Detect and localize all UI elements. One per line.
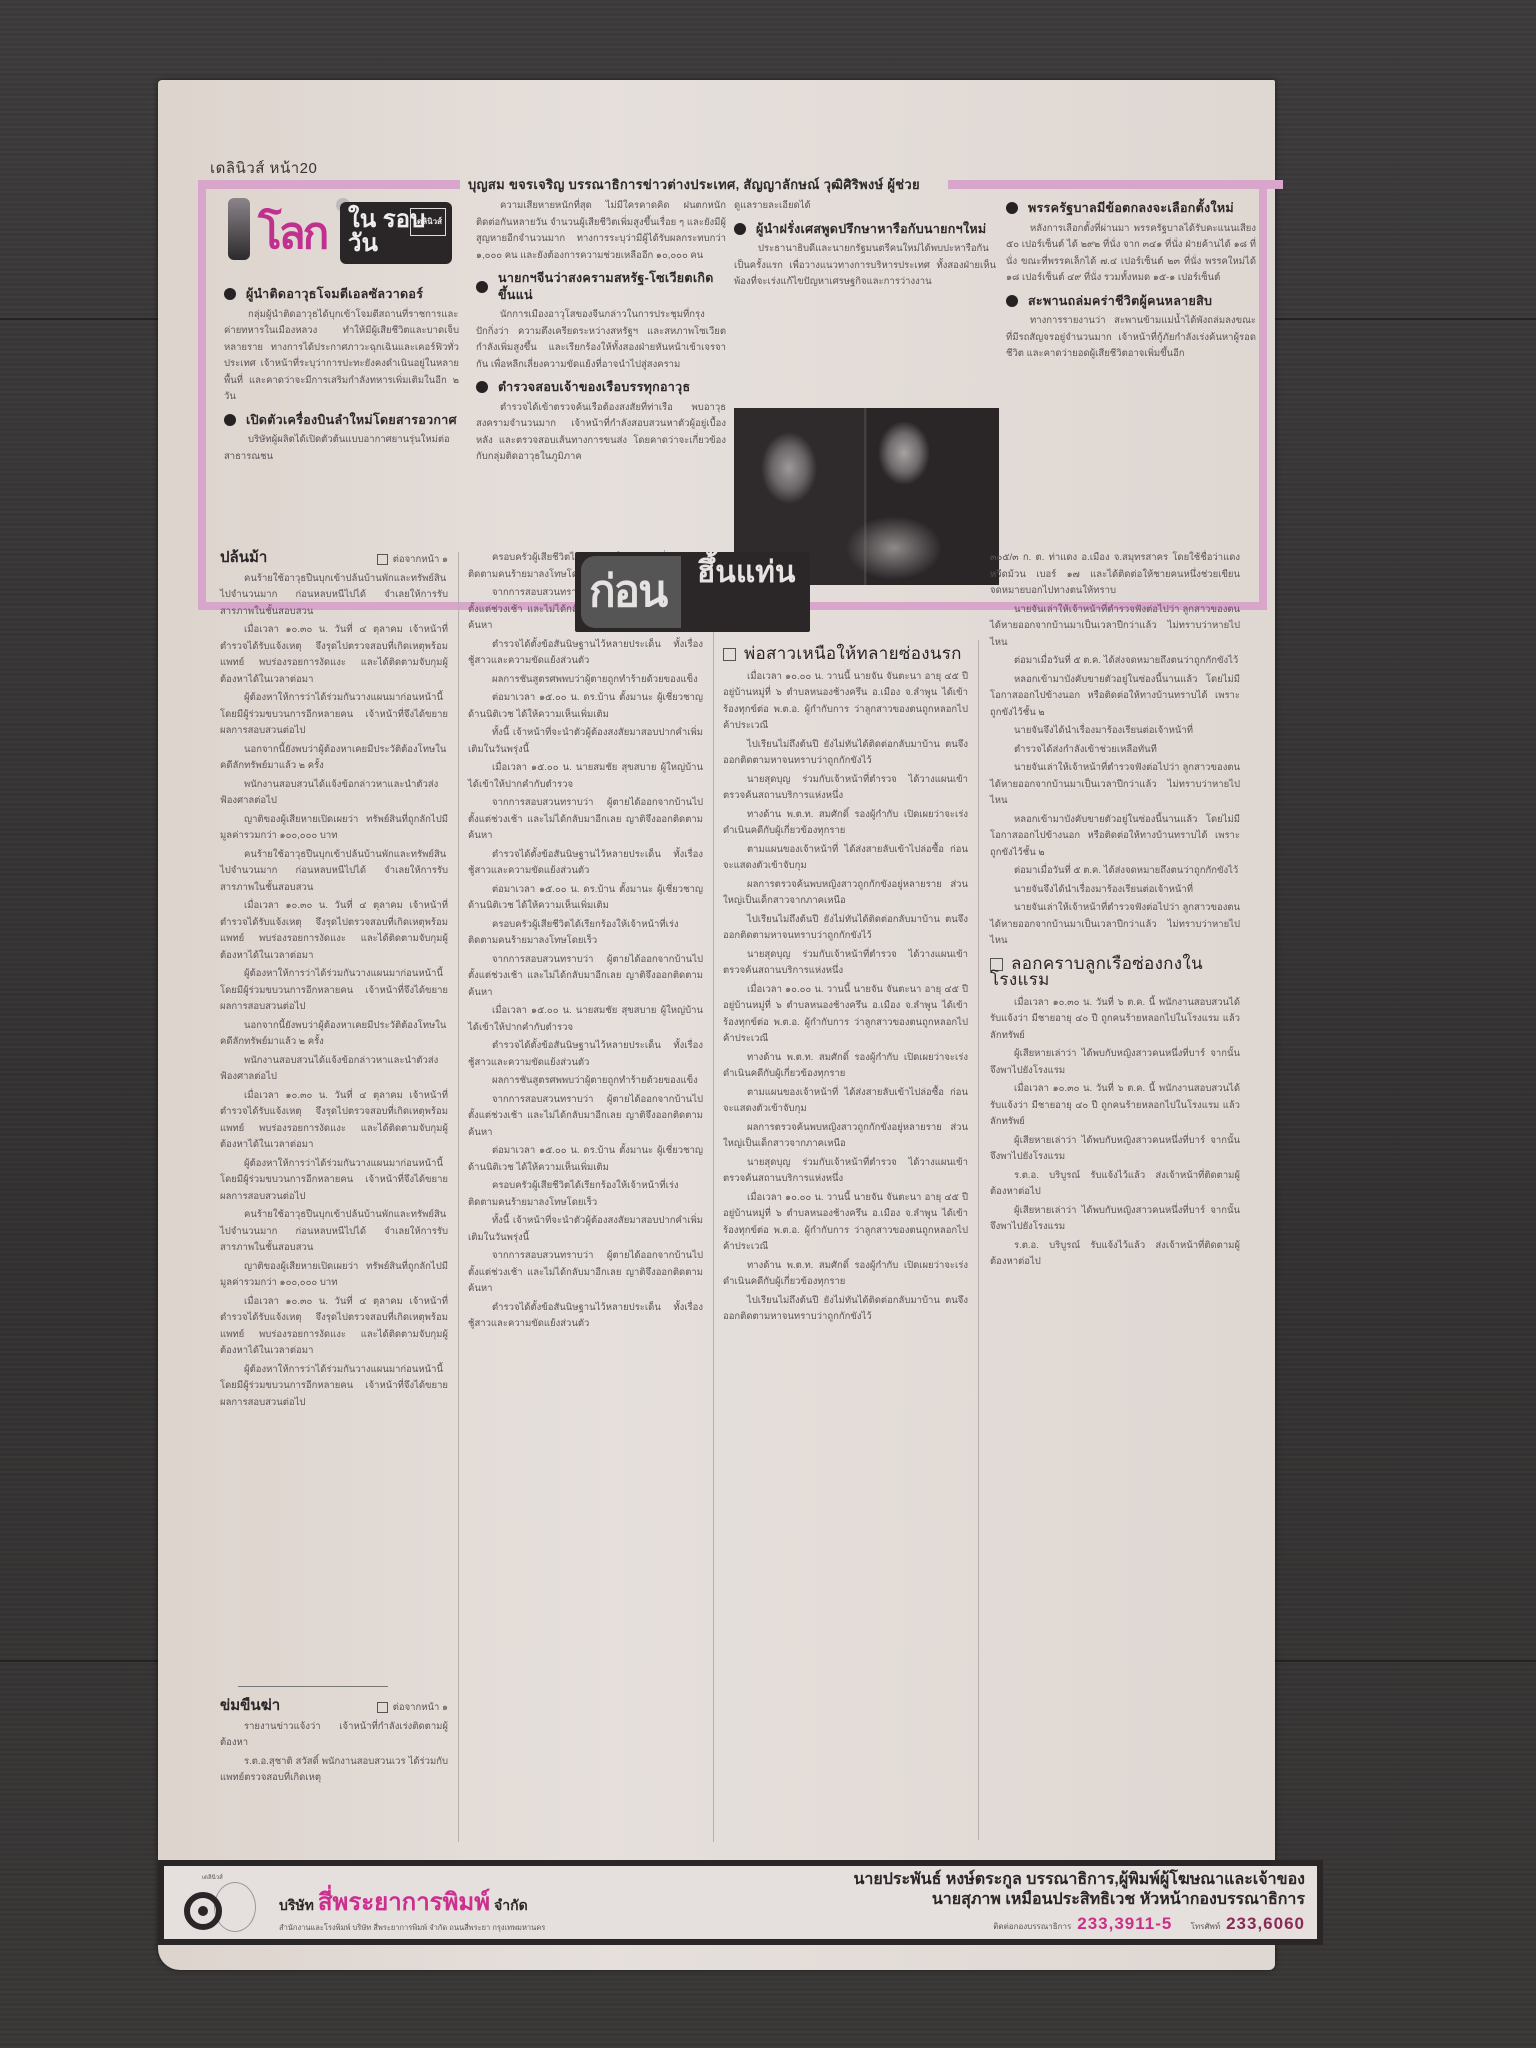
- article-body: ประธานาธิบดีและนายกรัฐมนตรีคนใหม่ได้พบปะ…: [734, 241, 996, 291]
- article-body: ไปเรียนไม่ถึงต้นปี ยังไม่ทันได้ติดต่อกลั…: [723, 912, 968, 945]
- article-body: ผลการชันสูตรศพพบว่าผู้ตายถูกทำร้ายด้วยขอ…: [468, 1073, 703, 1090]
- publisher-name: บริษัทสี่พระยาการพิมพ์จำกัด: [279, 1882, 528, 1921]
- article-body: เมื่อเวลา ๑๕.๐๐ น. นายสมชัย สุขสบาย ผู้ใ…: [468, 760, 703, 793]
- phone-number: 233,3911-5: [1077, 1914, 1172, 1933]
- article-body: ตามแผนของเจ้าหน้าที่ ได้ส่งสายลับเข้าไปล…: [723, 842, 968, 875]
- article-body: ตำรวจได้ตั้งข้อสันนิษฐานไว้หลายประเด็น ท…: [468, 847, 703, 880]
- article-body: ตำรวจได้ตั้งข้อสันนิษฐานไว้หลายประเด็น ท…: [468, 637, 703, 670]
- box-icon: [723, 648, 736, 661]
- article-body: นายสุดบุญ ร่วมกับเจ้าหน้าที่ตำรวจ ได้วาง…: [723, 947, 968, 980]
- box-icon: [990, 958, 1003, 971]
- article-body: ผู้ต้องหาให้การว่าได้ร่วมกันวางแผนมาก่อน…: [220, 690, 448, 740]
- world-col-1: ผู้นำติดอาวุธโจมตีเอลซัลวาดอร์ กลุ่มผู้น…: [224, 280, 459, 467]
- editor-credits: นายประพันธ์ หงษ์ตระกูล บรรณาธิการ,ผู้พิม…: [853, 1870, 1305, 1910]
- crime-col-1b: ข่มขืนฆ่า ต่อจากหน้า ๑ รายงานข่าวแจ้งว่า…: [220, 1698, 448, 1789]
- article-body: ดูแลรายละเอียดได้: [734, 198, 996, 215]
- article-body: ตำรวจได้ส่งกำลังเข้าช่วยเหลือทันที: [990, 742, 1240, 759]
- article-body: ต่อมาเวลา ๑๕.๐๐ น. ดร.บ้าน ตั้งมานะ ผู้เ…: [468, 690, 703, 723]
- article-body: เมื่อเวลา ๑๐.๓๐ น. วันที่ ๔ ตุลาคม เจ้าห…: [220, 1294, 448, 1360]
- article-separator: [238, 1686, 388, 1687]
- article-body: ตำรวจได้ตั้งข้อสันนิษฐานไว้หลายประเด็น ท…: [468, 1300, 703, 1333]
- bullet-icon: [734, 223, 746, 235]
- article-body: ผู้ต้องหาให้การว่าได้ร่วมกันวางแผนมาก่อน…: [220, 1156, 448, 1206]
- article-body: เมื่อเวลา ๑๐.๓๐ น. วันที่ ๔ ตุลาคม เจ้าห…: [220, 898, 448, 964]
- eye-icon: [184, 1892, 222, 1930]
- article-body: ทางด้าน พ.ต.ท. สมศักดิ์ รองผู้กำกับ เปิด…: [723, 1050, 968, 1083]
- world-news-logo: โลก ใน รอบวัน เดลินิวส์: [228, 198, 460, 270]
- column-rule: [978, 640, 979, 1840]
- article-body: จากการสอบสวนทราบว่า ผู้ตายได้ออกจากบ้านไ…: [468, 1248, 703, 1298]
- article-body: พนักงานสอบสวนได้แจ้งข้อกล่าวหาและนำตัวส่…: [220, 1053, 448, 1086]
- article-body: หลังการเลือกตั้งที่ผ่านมา พรรครัฐบาลได้ร…: [1006, 221, 1256, 287]
- article-body: ญาติของผู้เสียหายเปิดเผยว่า ทรัพย์สินที่…: [220, 1259, 448, 1292]
- column-logo: ก่อน ฮึ้นแท่น: [575, 552, 810, 632]
- article-body: ต่อมาเวลา ๑๕.๐๐ น. ดร.บ้าน ตั้งมานะ ผู้เ…: [468, 882, 703, 915]
- article-body: รายงานข่าวแจ้งว่า เจ้าหน้าที่กำลังเร่งติ…: [220, 1719, 448, 1752]
- article-body: จากการสอบสวนทราบว่า ผู้ตายได้ออกจากบ้านไ…: [468, 795, 703, 845]
- article-headline: นายกฯจีนว่าสงครามสหรัฐ-โซเวียตเกิดขึ้นแน…: [476, 270, 726, 303]
- page-label: เดลินิวส์ หน้า20: [210, 156, 317, 180]
- logo-bar-icon: [228, 198, 250, 260]
- article-headline: เปิดตัวเครื่องบินลำใหม่โดยสารอวกาศ: [224, 412, 459, 429]
- article-body: กลุ่มผู้นำติดอาวุธได้บุกเข้าโจมตีสถานที่…: [224, 307, 459, 406]
- crime-col-2: ครอบครัวผู้เสียชีวิตได้เรียกร้องให้เจ้าห…: [468, 550, 703, 1335]
- article-body: นายจันเล่าให้เจ้าหน้าที่ตำรวจฟังต่อไปว่า…: [990, 760, 1240, 810]
- article-headline: สะพานถล่มคร่าชีวิตผู้คนหลายสิบ: [1006, 293, 1256, 310]
- article-body: เมื่อเวลา ๑๐.๐๐ น. วานนี้ นายจัน จันตะนา…: [723, 1190, 968, 1256]
- article-body: นายจันเล่าให้เจ้าหน้าที่ตำรวจฟังต่อไปว่า…: [990, 602, 1240, 652]
- bullet-icon: [1006, 295, 1018, 307]
- article-body: ผลการชันสูตรศพพบว่าผู้ตายถูกทำร้ายด้วยขอ…: [468, 672, 703, 689]
- article-body: ทั้งนี้ เจ้าหน้าที่จะนำตัวผู้ต้องสงสัยมา…: [468, 725, 703, 758]
- article-body: ไปเรียนไม่ถึงต้นปี ยังไม่ทันได้ติดต่อกลั…: [723, 737, 968, 770]
- fax-number: 233,6060: [1226, 1914, 1305, 1933]
- crime-col-4: ๓๐๕/๓ ก. ต. ท่าแดง อ.เมือง จ.สมุทรสาคร โ…: [990, 550, 1240, 1273]
- article-body: ผู้เสียหายเล่าว่า ได้พบกับหญิงสาวคนหนึ่ง…: [990, 1203, 1240, 1236]
- box-icon: [377, 1702, 388, 1713]
- article-body: นายสุดบุญ ร่วมกับเจ้าหน้าที่ตำรวจ ได้วาง…: [723, 1155, 968, 1188]
- logo-caption: เดลินิวส์: [202, 1872, 223, 1882]
- article-headline: พ่อสาวเหนือให้ทลายซ่องนรก: [723, 646, 968, 663]
- article-body: เมื่อเวลา ๑๐.๐๐ น. วานนี้ นายจัน จันตะนา…: [723, 982, 968, 1048]
- crime-col-3: พ่อสาวเหนือให้ทลายซ่องนรก เมื่อเวลา ๑๐.๐…: [723, 640, 968, 1328]
- continued-note: ต่อจากหน้า ๑: [377, 552, 448, 569]
- article-body: ต่อมาเมื่อวันที่ ๕ ต.ค. ได้ส่งจดหมายถึงต…: [990, 863, 1240, 880]
- article-body: เมื่อเวลา ๑๐.๓๐ น. วันที่ ๔ ตุลาคม เจ้าห…: [220, 622, 448, 688]
- article-title: ปล้นม้า: [220, 550, 267, 567]
- column-logo-right: ฮึ้นแท่น: [697, 558, 795, 588]
- article-body: ทางด้าน พ.ต.ท. สมศักดิ์ รองผู้กำกับ เปิด…: [723, 807, 968, 840]
- article-body: บริษัทผู้ผลิตได้เปิดตัวต้นแบบอากาศยานรุ่…: [224, 432, 459, 465]
- article-body: ผู้เสียหายเล่าว่า ได้พบกับหญิงสาวคนหนึ่ง…: [990, 1046, 1240, 1079]
- article-body: ญาติของผู้เสียหายเปิดเผยว่า ทรัพย์สินที่…: [220, 812, 448, 845]
- article-body: ร.ต.อ. บริบูรณ์ รับแจ้งไว้แล้ว ส่งเจ้าหน…: [990, 1168, 1240, 1201]
- article-body: คนร้ายใช้อาวุธปืนบุกเข้าปล้นบ้านพักและทร…: [220, 847, 448, 897]
- article-body: พนักงานสอบสวนได้แจ้งข้อกล่าวหาและนำตัวส่…: [220, 777, 448, 810]
- article-body: หลอกเข้ามาบังคับขายตัวอยู่ในซ่องนี้นานแล…: [990, 672, 1240, 722]
- article-body: นอกจากนี้ยังพบว่าผู้ต้องหาเคยมีประวัติต้…: [220, 742, 448, 775]
- bullet-icon: [1006, 202, 1018, 214]
- article-body: ตำรวจได้ตั้งข้อสันนิษฐานไว้หลายประเด็น ท…: [468, 1038, 703, 1071]
- world-col-4: พรรครัฐบาลมีข้อตกลงจะเลือกตั้งใหม่ หลังก…: [1006, 194, 1256, 365]
- article-body: นักการเมืองอาวุโสของจีนกล่าวในการประชุมท…: [476, 307, 726, 373]
- article-headline: ผู้นำฝรั่งเศสพูดปรึกษาหารือกับนายกฯใหม่: [734, 221, 996, 238]
- article-body: ตำรวจได้เข้าตรวจค้นเรือต้องสงสัยที่ท่าเร…: [476, 400, 726, 466]
- bullet-icon: [224, 288, 236, 300]
- article-body: ทั้งนี้ เจ้าหน้าที่จะนำตัวผู้ต้องสงสัยมา…: [468, 1213, 703, 1246]
- imprint-box: เดลินิวส์ บริษัทสี่พระยาการพิมพ์จำกัด สำ…: [158, 1860, 1323, 1945]
- article-headline: พรรครัฐบาลมีข้อตกลงจะเลือกตั้งใหม่: [1006, 200, 1256, 217]
- article-body: คนร้ายใช้อาวุธปืนบุกเข้าปล้นบ้านพักและทร…: [220, 571, 448, 621]
- article-body: ร.ต.อ. บริบูรณ์ รับแจ้งไว้แล้ว ส่งเจ้าหน…: [990, 1238, 1240, 1271]
- article-body: เมื่อเวลา ๑๐.๓๐ น. วันที่ ๔ ตุลาคม เจ้าห…: [220, 1088, 448, 1154]
- article-body: ทางการรายงานว่า สะพานข้ามแม่น้ำได้พังถล่…: [1006, 313, 1256, 363]
- publisher-logo: เดลินิวส์: [184, 1872, 254, 1936]
- logo-tag: เดลินิวส์: [410, 208, 446, 236]
- article-body: ทางด้าน พ.ต.ท. สมศักดิ์ รองผู้กำกับ เปิด…: [723, 1258, 968, 1291]
- article-heading-row: ข่มขืนฆ่า ต่อจากหน้า ๑: [220, 1698, 448, 1717]
- byline: บุญสม ขจรเจริญ บรรณาธิการข่าวต่างประเทศ,…: [468, 174, 920, 195]
- contact-phones: ติดต่อกองบรรณาธิการ233,3911-5 โทรศัพท์23…: [993, 1914, 1305, 1934]
- article-body: หลอกเข้ามาบังคับขายตัวอยู่ในซ่องนี้นานแล…: [990, 812, 1240, 862]
- article-title: ข่มขืนฆ่า: [220, 1698, 280, 1715]
- article-body: จากการสอบสวนทราบว่า ผู้ตายได้ออกจากบ้านไ…: [468, 952, 703, 1002]
- article-body: ผู้ต้องหาให้การว่าได้ร่วมกันวางแผนมาก่อน…: [220, 966, 448, 1016]
- article-body: ผู้เสียหายเล่าว่า ได้พบกับหญิงสาวคนหนึ่ง…: [990, 1133, 1240, 1166]
- article-headline: ลอกคราบลูกเรือซ่องกงในโรงแรม: [990, 956, 1240, 989]
- article-body: ต่อมาเมื่อวันที่ ๕ ต.ค. ได้ส่งจดหมายถึงต…: [990, 653, 1240, 670]
- article-body: นายจันจึงได้นำเรื่องมาร้องเรียนต่อเจ้าหน…: [990, 723, 1240, 740]
- article-headline: ตำรวจสอบเจ้าของเรือบรรทุกอาวุธ: [476, 379, 726, 396]
- article-body: เมื่อเวลา ๑๕.๐๐ น. นายสมชัย สุขสบาย ผู้ใ…: [468, 1003, 703, 1036]
- column-rule: [713, 552, 714, 1842]
- article-body: ตามแผนของเจ้าหน้าที่ ได้ส่งสายลับเข้าไปล…: [723, 1085, 968, 1118]
- article-body: คนร้ายใช้อาวุธปืนบุกเข้าปล้นบ้านพักและทร…: [220, 1207, 448, 1257]
- column-logo-left: ก่อน: [581, 556, 681, 628]
- article-body: ความเสียหายหนักที่สุด ไม่มีใครคาดคิด ฝนต…: [476, 198, 726, 264]
- article-body: นอกจากนี้ยังพบว่าผู้ต้องหาเคยมีประวัติต้…: [220, 1018, 448, 1051]
- article-body: ๓๐๕/๓ ก. ต. ท่าแดง อ.เมือง จ.สมุทรสาคร โ…: [990, 550, 1240, 600]
- article-body: ครอบครัวผู้เสียชีวิตได้เรียกร้องให้เจ้าห…: [468, 1178, 703, 1211]
- article-body: ผู้ต้องหาให้การว่าได้ร่วมกันวางแผนมาก่อน…: [220, 1362, 448, 1412]
- crime-col-1: ปล้นม้า ต่อจากหน้า ๑ คนร้ายใช้อาวุธปืนบุ…: [220, 550, 448, 1413]
- box-icon: [377, 554, 388, 565]
- article-body: จากการสอบสวนทราบว่า ผู้ตายได้ออกจากบ้านไ…: [468, 1092, 703, 1142]
- world-col-3: ดูแลรายละเอียดได้ ผู้นำฝรั่งเศสพูดปรึกษา…: [734, 198, 996, 293]
- bullet-icon: [476, 381, 488, 393]
- article-body: เมื่อเวลา ๑๐.๓๐ น. วันที่ ๖ ต.ค. นี้ พนั…: [990, 1081, 1240, 1131]
- article-body: นายสุดบุญ ร่วมกับเจ้าหน้าที่ตำรวจ ได้วาง…: [723, 772, 968, 805]
- world-news-section: โลก ใน รอบวัน เดลินิวส์ บุญสม ขจรเจริญ บ…: [198, 180, 1267, 610]
- article-body: ต่อมาเวลา ๑๕.๐๐ น. ดร.บ้าน ตั้งมานะ ผู้เ…: [468, 1143, 703, 1176]
- pink-frame-top: [948, 180, 1283, 189]
- article-body: ไปเรียนไม่ถึงต้นปี ยังไม่ทันได้ติดต่อกลั…: [723, 1293, 968, 1326]
- article-body: นายจันจึงได้นำเรื่องมาร้องเรียนต่อเจ้าหน…: [990, 882, 1240, 899]
- publisher-address: สำนักงานและโรงพิมพ์ บริษัท สี่พระยาการพิ…: [279, 1922, 545, 1934]
- logo-black-box: ใน รอบวัน เดลินิวส์: [340, 202, 452, 264]
- article-body: ผลการตรวจค้นพบหญิงสาวถูกกักขังอยู่หลายรา…: [723, 877, 968, 910]
- article-body: เมื่อเวลา ๑๐.๓๐ น. วันที่ ๖ ต.ค. นี้ พนั…: [990, 995, 1240, 1045]
- bullet-icon: [224, 414, 236, 426]
- article-body: นายจันเล่าให้เจ้าหน้าที่ตำรวจฟังต่อไปว่า…: [990, 900, 1240, 950]
- article-body: เมื่อเวลา ๑๐.๐๐ น. วานนี้ นายจัน จันตะนา…: [723, 669, 968, 735]
- newspaper-page: เดลินิวส์ หน้า20 โลก ใน รอบวัน เดลินิวส์…: [158, 80, 1275, 1970]
- continued-note: ต่อจากหน้า ๑: [377, 1700, 448, 1717]
- article-body: ร.ต.อ.สุชาติ สวัสดิ์ พนักงานสอบสวนเวร ได…: [220, 1754, 448, 1787]
- article-body: ผลการตรวจค้นพบหญิงสาวถูกกักขังอยู่หลายรา…: [723, 1120, 968, 1153]
- article-heading-row: ปล้นม้า ต่อจากหน้า ๑: [220, 550, 448, 569]
- article-body: ครอบครัวผู้เสียชีวิตได้เรียกร้องให้เจ้าห…: [468, 917, 703, 950]
- logo-pink-text: โลก: [258, 208, 326, 260]
- world-col-2: ความเสียหายหนักที่สุด ไม่มีใครคาดคิด ฝนต…: [476, 198, 726, 468]
- column-rule: [458, 552, 459, 1842]
- bullet-icon: [476, 281, 488, 293]
- article-headline: ผู้นำติดอาวุธโจมตีเอลซัลวาดอร์: [224, 286, 459, 303]
- pink-frame-top: [198, 180, 460, 189]
